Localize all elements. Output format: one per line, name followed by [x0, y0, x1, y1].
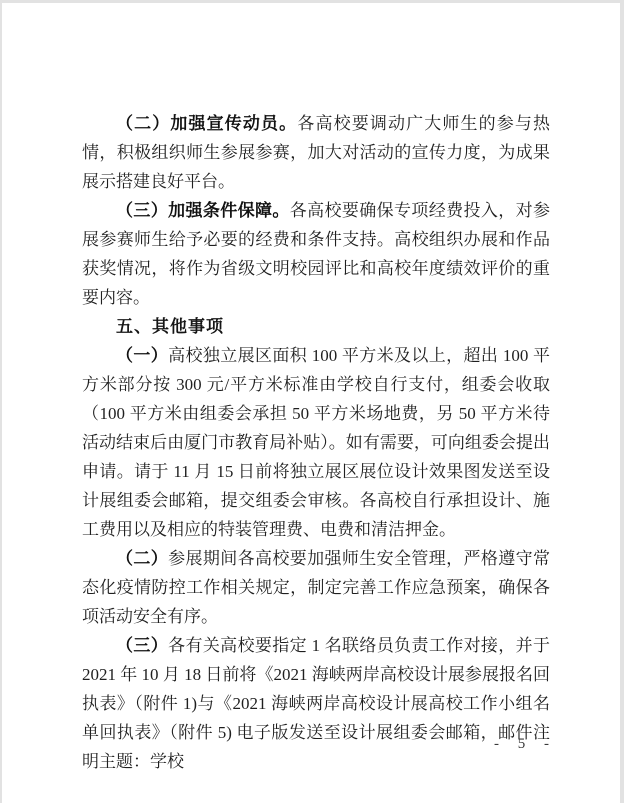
paragraph-lead: （三）加强条件保障。	[116, 201, 290, 220]
section-heading-other-matters: 五、其他事项	[82, 312, 550, 341]
document-body: （二）加强宣传动员。各高校要调动广大师生的参与热情，积极组织师生参展参赛，加大对…	[82, 109, 550, 776]
paragraph-text: 高校独立展区面积 100 平方米及以上，超出 100 平方米部分按 300 元/…	[82, 346, 550, 539]
paragraph-lead: （二）加强宣传动员。	[116, 114, 297, 133]
paragraph-publicity-mobilization: （二）加强宣传动员。各高校要调动广大师生的参与热情，积极组织师生参展参赛，加大对…	[82, 109, 550, 196]
document-page: （二）加强宣传动员。各高校要调动广大师生的参与热情，积极组织师生参展参赛，加大对…	[2, 3, 620, 803]
page-number: - 5 -	[494, 736, 554, 753]
paragraph-condition-guarantee: （三）加强条件保障。各高校要确保专项经费投入，对参展参赛师生给予必要的经费和条件…	[82, 196, 550, 312]
paragraph-safety-management: （二）参展期间各高校要加强师生安全管理，严格遵守常态化疫情防控工作相关规定，制定…	[82, 544, 550, 631]
paragraph-liaison-forms: （三）各有关高校要指定 1 名联络员负责工作对接，并于 2021 年 10 月 …	[82, 631, 550, 776]
paragraph-lead: （二）	[116, 549, 168, 568]
paragraph-text: 各有关高校要指定 1 名联络员负责工作对接，并于 2021 年 10 月 18 …	[82, 636, 550, 771]
paragraph-booth-area-fees: （一）高校独立展区面积 100 平方米及以上，超出 100 平方米部分按 300…	[82, 341, 550, 544]
paragraph-lead: （三）	[116, 636, 168, 655]
paragraph-lead: （一）	[116, 346, 168, 365]
